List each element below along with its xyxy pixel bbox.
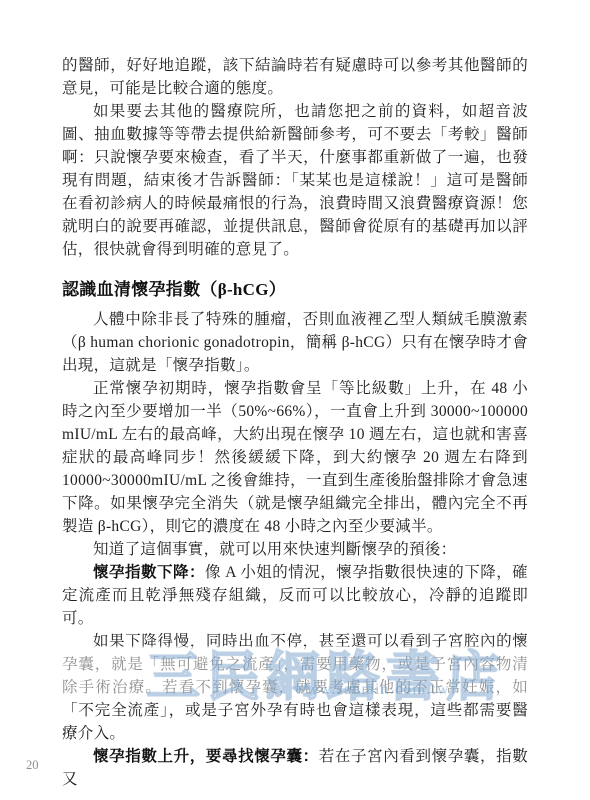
section-heading: 認識血清懷孕指數（β-hCG） bbox=[62, 279, 528, 300]
paragraph: 人體中除非長了特殊的腫瘤，否則血液裡乙型人類絨毛膜激素（β human chor… bbox=[62, 308, 528, 377]
paragraph: 正常懷孕初期時，懷孕指數會呈「等比級數」上升，在 48 小時之內至少要增加一半（… bbox=[62, 377, 528, 538]
paragraph: 懷孕指數下降：像 A 小姐的情況，懷孕指數很快速的下降，確定流產而且乾淨無殘存組… bbox=[62, 561, 528, 630]
paragraph: 懷孕指數上升，要尋找懷孕囊：若在子宮內看到懷孕囊，指數又 bbox=[62, 745, 528, 791]
paragraph: 的醫師，好好地追蹤，該下結論時若有疑慮時可以參考其他醫師的意見，可能是比較合適的… bbox=[62, 54, 528, 100]
paragraph-lead: 懷孕指數下降： bbox=[93, 564, 205, 581]
paragraph: 如果下降得慢，同時出血不停，甚至還可以看到子宮腔內的懷孕囊，就是「無可避免之流產… bbox=[62, 630, 528, 745]
paragraph: 如果要去其他的醫療院所，也請您把之前的資料，如超音波圖、抽血數據等等帶去提供給新… bbox=[62, 100, 528, 261]
book-page: 的醫師，好好地追蹤，該下結論時若有疑慮時可以參考其他醫師的意見，可能是比較合適的… bbox=[0, 0, 590, 800]
paragraph: 知道了這個事實，就可以用來快速判斷懷孕的預後： bbox=[62, 538, 528, 561]
page-number: 20 bbox=[26, 758, 39, 773]
paragraph-lead: 懷孕指數上升，要尋找懷孕囊： bbox=[93, 748, 319, 765]
page-body: 的醫師，好好地追蹤，該下結論時若有疑慮時可以參考其他醫師的意見，可能是比較合適的… bbox=[62, 54, 528, 791]
